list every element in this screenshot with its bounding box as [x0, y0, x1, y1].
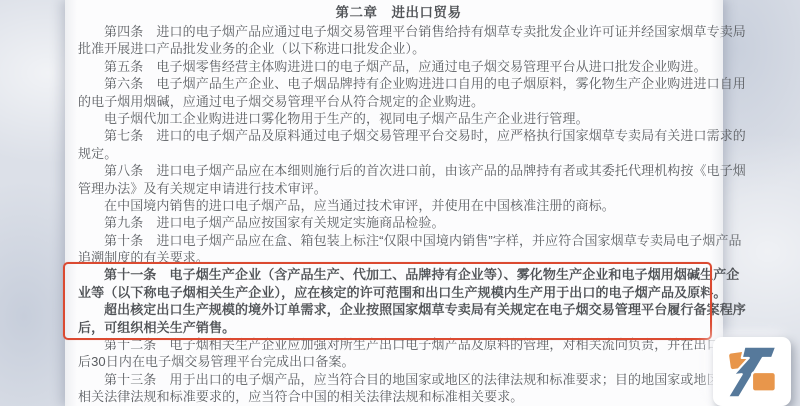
- doc-line: 后30日内在电子烟交易管理平台完成出口备案。: [78, 353, 719, 370]
- doc-line: 第十三条 用于出口的电子烟产品，应当符合目的地国家或地区的法律法规和标准要求；目…: [78, 371, 719, 388]
- logo-z-icon: [723, 345, 781, 399]
- doc-line: 第十条 进口电子烟产品应在盒、箱包装上标注“仅限中国境内销售”字样，并应符合国家…: [78, 232, 719, 249]
- doc-line-highlighted: 业等（以下称电子烟相关生产企业），应在核定的许可范围和出口生产规模内生产用于出口…: [78, 284, 719, 301]
- doc-line: 第八条 进口电子烟产品应在本细则施行后的首次进口前，由该产品的品牌持有者或其委托…: [78, 162, 719, 179]
- doc-line: 管理办法》及有关规定申请进行技术审评。: [78, 180, 719, 197]
- doc-line: 相关法律法规和标准要求的，应当符合中国的相关法律法规和标准相关要求。: [78, 388, 719, 405]
- doc-line: 规定。: [78, 145, 719, 162]
- doc-line: 追溯制度的有关要求。: [78, 249, 719, 266]
- document-page: 第二章 进出口贸易 第四条 进口的电子烟产品应通过电子烟交易管理平台销售给持有烟…: [65, 0, 723, 406]
- document-content: 第二章 进出口贸易 第四条 进口的电子烟产品应通过电子烟交易管理平台销售给持有烟…: [78, 2, 719, 406]
- doc-line: 第四条 进口的电子烟产品应通过电子烟交易管理平台销售给持有烟草专卖批发企业许可证…: [78, 23, 719, 40]
- doc-line: 在中国境内销售的进口电子烟产品，应当通过技术审评，并使用在中国核准注册的商标。: [78, 197, 719, 214]
- doc-line: 第七条 进口的电子烟产品及原料通过电子烟交易管理平台交易时，应严格执行国家烟草专…: [78, 127, 719, 144]
- doc-line-highlighted: 后，可组织相关生产销售。: [78, 319, 719, 336]
- doc-line: 批准开展进口产品批发业务的企业（以下称进口批发企业）。: [78, 40, 719, 57]
- doc-line: 第六条 电子烟产品生产企业、电子烟品牌持有企业购进进口自用的电子烟原料，雾化物生…: [78, 75, 719, 92]
- doc-line: 的电子烟用烟碱，应通过电子烟交易管理平台从符合规定的企业购进。: [78, 93, 719, 110]
- doc-line: 电子烟代加工企业购进进口雾化物用于生产的，视同电子烟产品生产企业进行管理。: [78, 110, 719, 127]
- doc-line: 第九条 进口电子烟产品应按国家有关规定实施商品检验。: [78, 214, 719, 231]
- chapter-title: 第二章 进出口贸易: [78, 2, 719, 23]
- doc-line: 第五条 电子烟零售经营主体购进进口的电子烟产品，应通过电子烟交易管理平台从进口批…: [78, 58, 719, 75]
- doc-line: 第十二条 电子烟相关生产企业应加强对所生产出口电子烟产品及原料的管理，对相关流向…: [78, 336, 719, 353]
- doc-line-highlighted: 超出核定出口生产规模的境外订单需求，企业按照国家烟草专卖局有关规定在电子烟交易管…: [78, 301, 719, 318]
- logo-orange-bottom-right: [752, 372, 776, 391]
- doc-line-highlighted: 第十一条 电子烟生产企业（含产品生产、代加工、品牌持有企业等）、雾化物生产企业和…: [78, 266, 719, 283]
- brand-logo: [713, 337, 791, 406]
